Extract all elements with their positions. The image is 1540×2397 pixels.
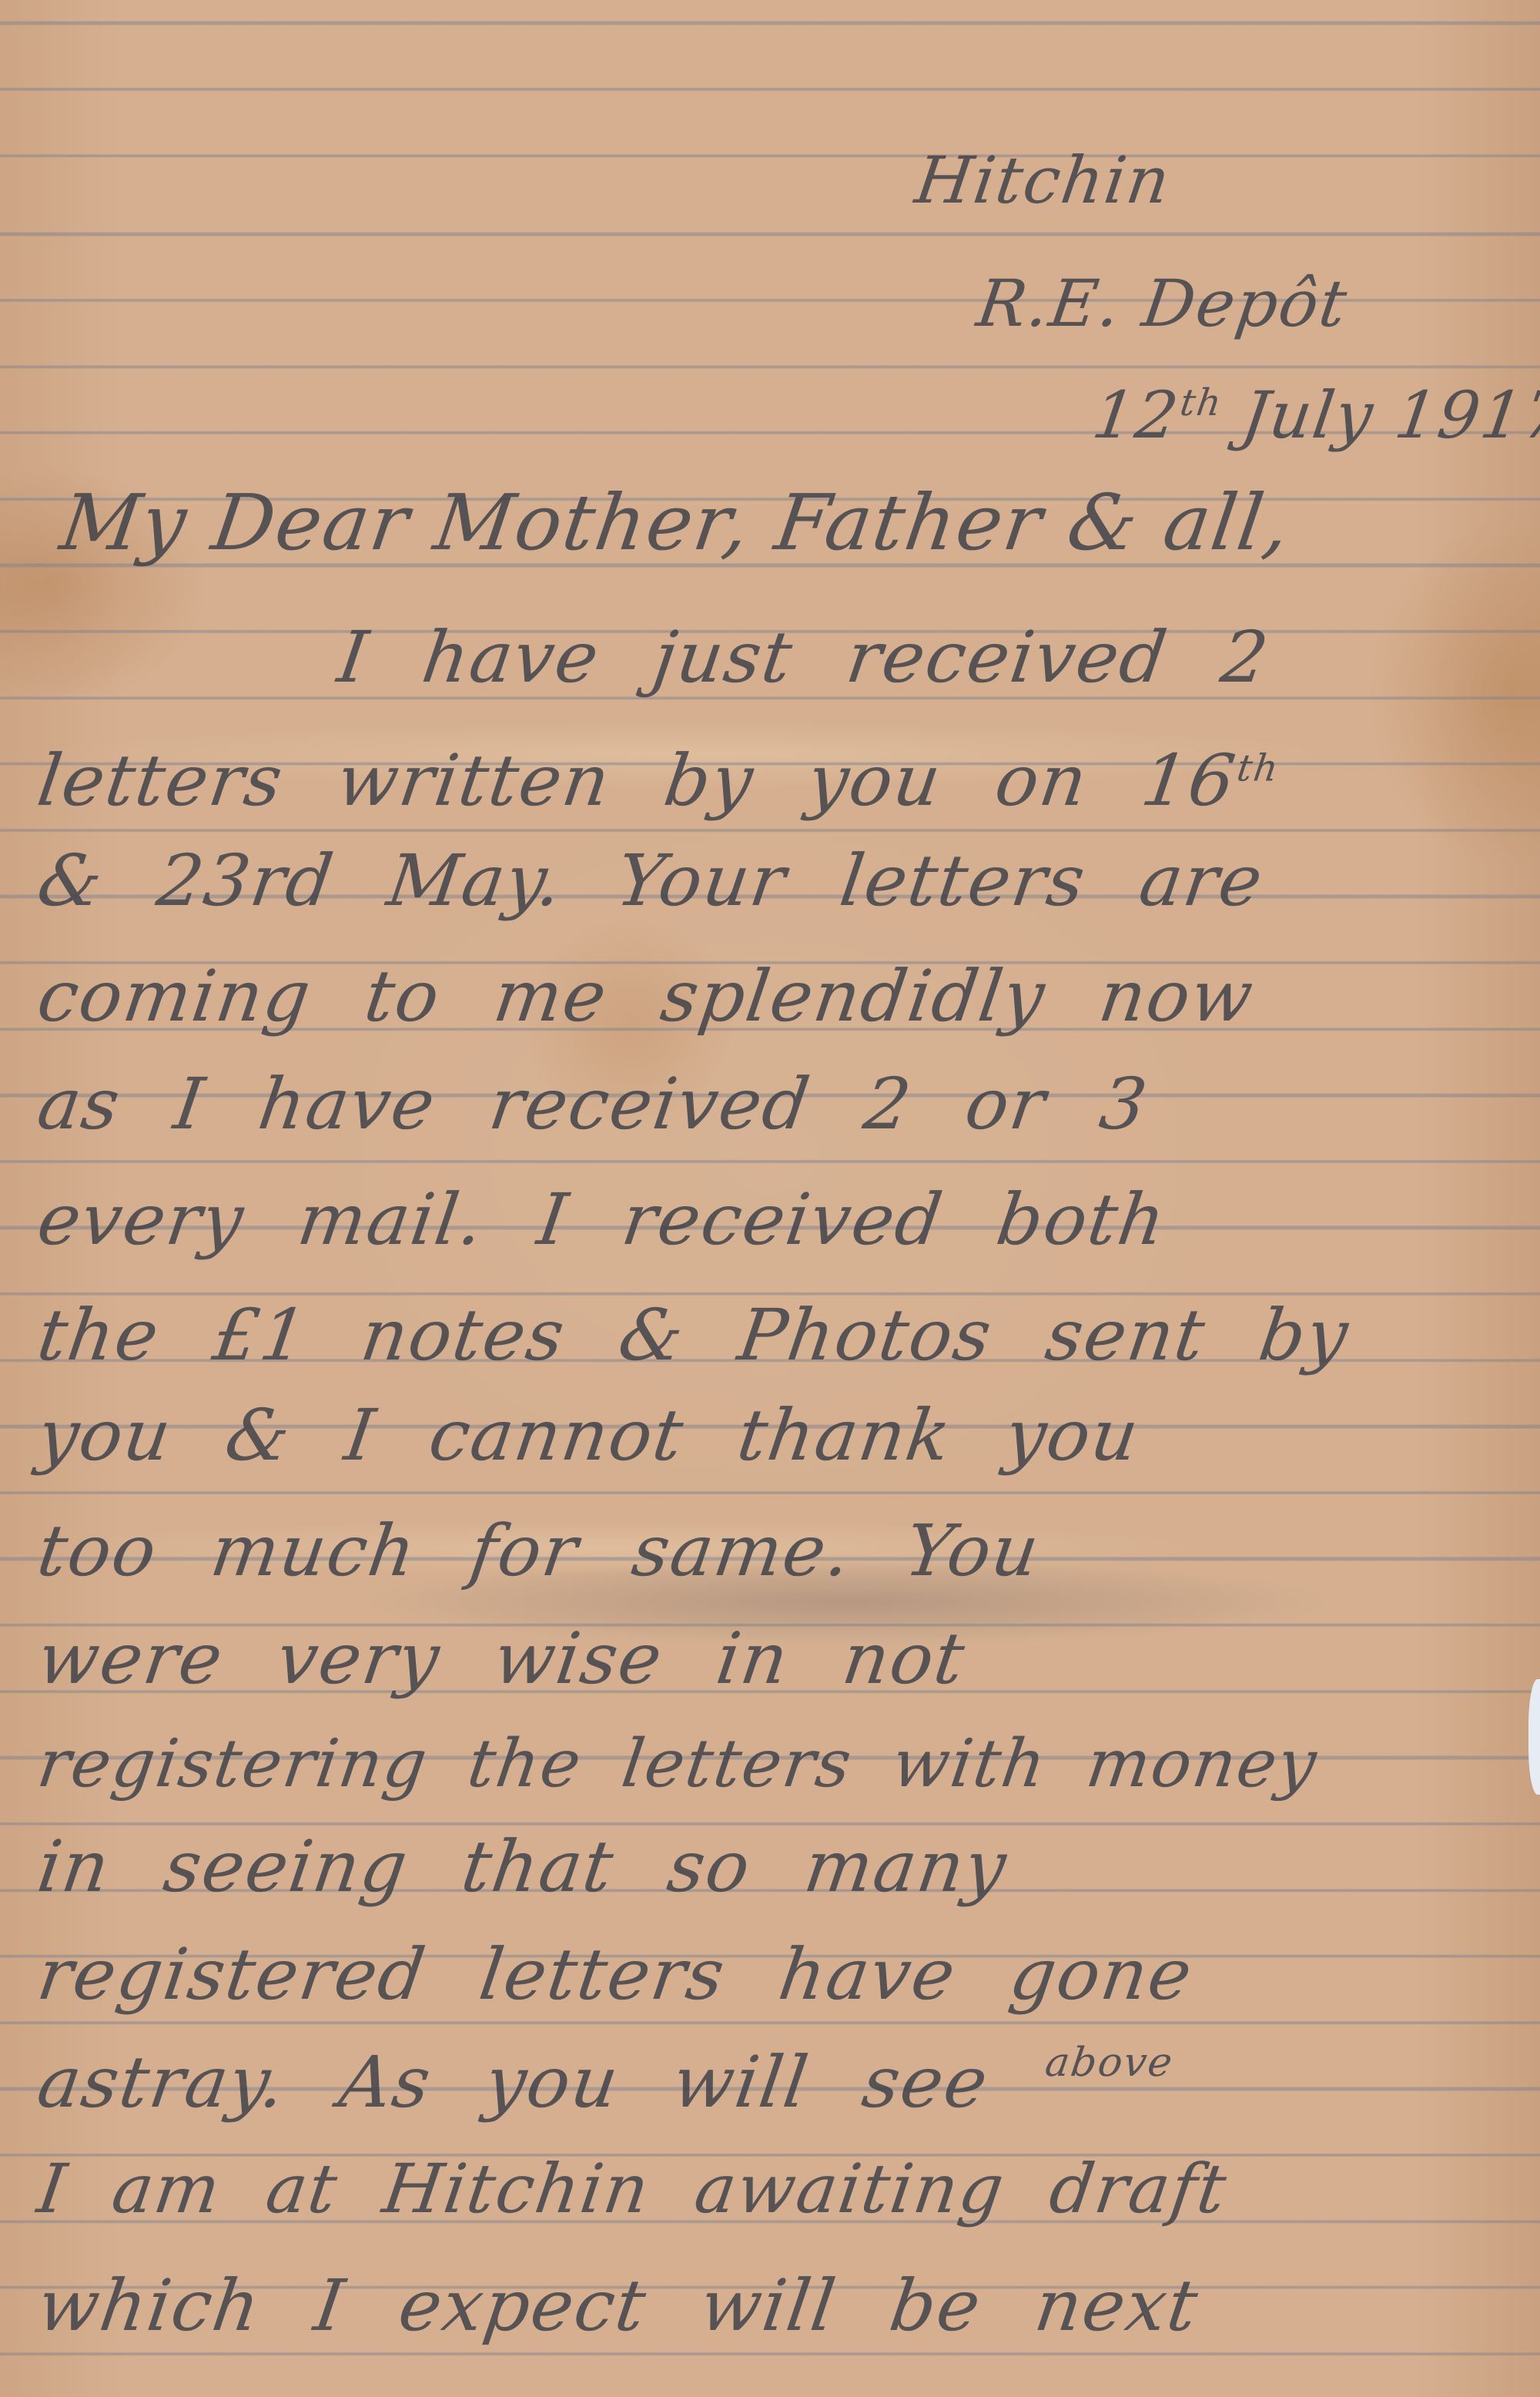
date-month-year: July 1917 xyxy=(1237,377,1540,453)
body-line-2: letters written by you on 16th xyxy=(32,739,1283,822)
body-line-3: & 23rd May. Your letters are xyxy=(32,840,1268,922)
body-line-12: in seeing that so many xyxy=(32,1825,1012,1908)
body-line-14-text: astray. As you will see xyxy=(32,2041,993,2124)
body-line-5: as I have received 2 or 3 xyxy=(32,1063,1153,1145)
body-line-2-text: letters written by you on 16 xyxy=(32,739,1241,822)
body-line-14-insert: above xyxy=(1043,2040,1177,2086)
body-line-7: the £1 notes & Photos sent by xyxy=(32,1294,1354,1376)
body-line-2-sup: th xyxy=(1234,746,1282,790)
body-line-4: coming to me splendidly now xyxy=(32,955,1259,1038)
header-date: 12th July 1917 xyxy=(1088,377,1540,453)
date-suffix: th xyxy=(1177,381,1225,424)
body-line-6: every mail. I received both xyxy=(32,1178,1171,1261)
body-line-10: were very wise in not xyxy=(32,1618,970,1700)
body-line-8: you & I cannot thank you xyxy=(32,1394,1144,1477)
body-line-13: registered letters have gone xyxy=(32,1933,1197,2016)
body-line-14: astray. As you will see above xyxy=(32,2041,1176,2124)
header-unit: R.E. Depôt xyxy=(973,266,1353,341)
body-line-16: which I expect will be next xyxy=(32,2265,1204,2347)
body-line-9: too much for same. You xyxy=(32,1510,1045,1592)
salutation: My Dear Mother, Father & all, xyxy=(55,478,1297,568)
body-line-11: registering the letters with money xyxy=(33,1725,1322,1802)
letter-page: Hitchin R.E. Depôt 12th July 1917 My Dea… xyxy=(0,0,1540,2397)
torn-edge-notch xyxy=(1528,1679,1540,1795)
body-line-15: I am at Hitchin awaiting draft xyxy=(33,2149,1233,2228)
header-place: Hitchin xyxy=(911,142,1176,218)
body-line-1: I have just received 2 xyxy=(333,616,1274,699)
date-day: 12 xyxy=(1088,377,1184,453)
